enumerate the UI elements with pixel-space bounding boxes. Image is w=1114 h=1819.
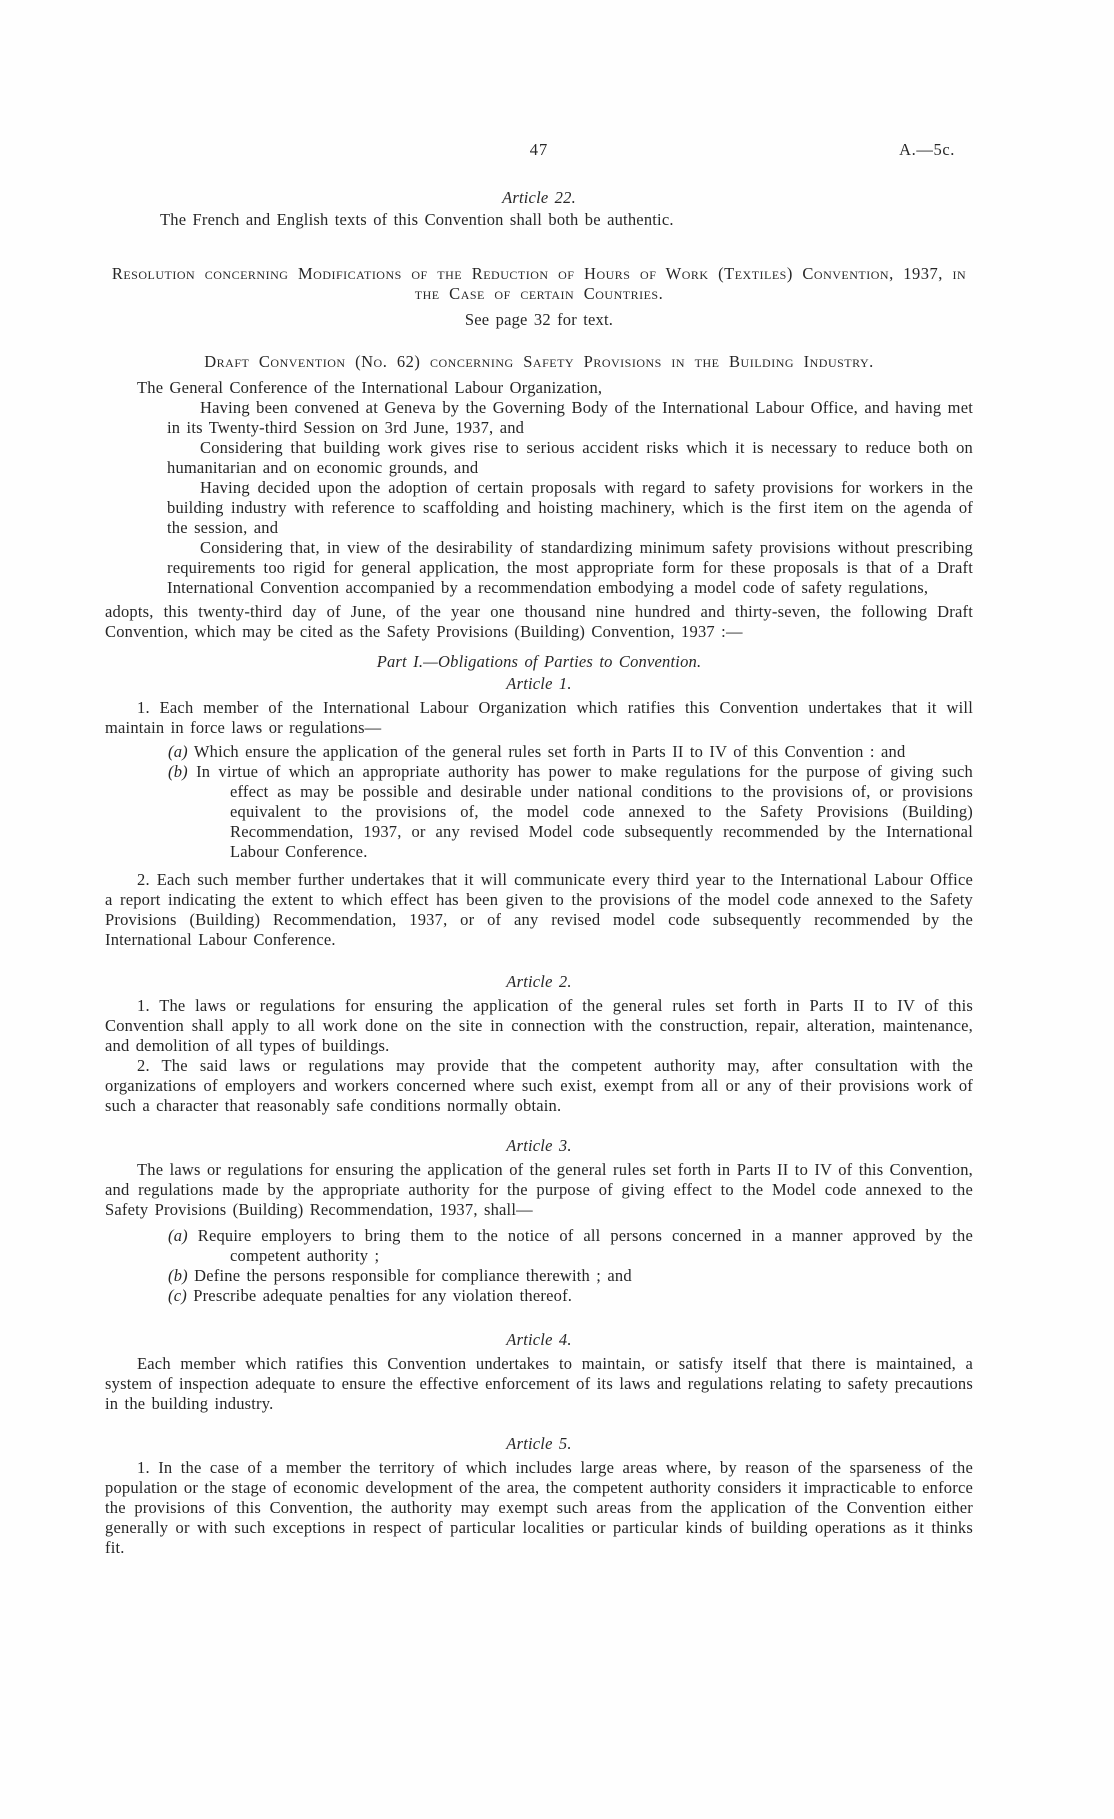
article-1-list: (a) Which ensure the application of the …	[105, 742, 973, 862]
article-2-heading: Article 2.	[105, 972, 973, 992]
article-3-heading: Article 3.	[105, 1136, 973, 1156]
preamble-clause: Considering that, in view of the desirab…	[167, 538, 973, 598]
list-item-b: (b) Define the persons responsible for c…	[230, 1266, 973, 1286]
list-item-text: Require employers to bring them to the n…	[198, 1226, 973, 1265]
list-item-label: (c)	[168, 1286, 187, 1305]
article-1-paragraph-1: 1. Each member of the International Labo…	[105, 698, 973, 738]
article-2-paragraph-1: 1. The laws or regulations for ensuring …	[105, 996, 973, 1056]
page-header: 47 A.—5c.	[105, 140, 973, 160]
part-1-heading: Part I.—Obligations of Parties to Conven…	[105, 652, 973, 672]
list-item-text: Define the persons responsible for compl…	[194, 1266, 632, 1285]
article-4-paragraph-1: Each member which ratifies this Conventi…	[105, 1354, 973, 1414]
preamble-clause: Considering that building work gives ris…	[167, 438, 973, 478]
article-22-heading: Article 22.	[105, 188, 973, 208]
list-item-c: (c) Prescribe adequate penalties for any…	[230, 1286, 973, 1306]
draft-convention-title: Draft Convention (No. 62) concerning Saf…	[105, 352, 973, 372]
article-4-heading: Article 4.	[105, 1330, 973, 1350]
article-3-paragraph-1: The laws or regulations for ensuring the…	[105, 1160, 973, 1220]
doc-code: A.—5c.	[899, 140, 955, 160]
article-1-heading: Article 1.	[105, 674, 973, 694]
article-5-paragraph-1: 1. In the case of a member the territory…	[105, 1458, 973, 1558]
list-item-b: (b) In virtue of which an appropriate au…	[230, 762, 973, 862]
article-3-list: (a) Require employers to bring them to t…	[105, 1226, 973, 1306]
list-item-label: (a)	[168, 1226, 188, 1245]
resolution-title: Resolution concerning Modifications of t…	[105, 264, 973, 304]
document-page: 47 A.—5c. Article 22. The French and Eng…	[0, 0, 1114, 1819]
list-item-text: In virtue of which an appropriate author…	[196, 762, 973, 861]
preamble-adoption: adopts, this twenty-third day of June, o…	[105, 602, 973, 642]
resolution-note: See page 32 for text.	[105, 310, 973, 330]
article-1-paragraph-2: 2. Each such member further undertakes t…	[105, 870, 973, 950]
article-5-heading: Article 5.	[105, 1434, 973, 1454]
article-2-paragraph-2: 2. The said laws or regulations may prov…	[105, 1056, 973, 1116]
preamble-clause: Having been convened at Geneva by the Go…	[167, 398, 973, 438]
preamble-clause: Having decided upon the adoption of cert…	[167, 478, 973, 538]
page-number: 47	[105, 140, 973, 160]
list-item-text: Prescribe adequate penalties for any vio…	[193, 1286, 572, 1305]
list-item-label: (b)	[168, 762, 188, 781]
list-item-label: (a)	[168, 742, 188, 761]
list-item-a: (a) Require employers to bring them to t…	[230, 1226, 973, 1266]
list-item-text: Which ensure the application of the gene…	[194, 742, 906, 761]
list-item-a: (a) Which ensure the application of the …	[230, 742, 973, 762]
preamble-opening: The General Conference of the Internatio…	[105, 378, 973, 398]
article-22-body: The French and English texts of this Con…	[105, 210, 973, 230]
page-content: 47 A.—5c. Article 22. The French and Eng…	[105, 0, 973, 1558]
list-item-label: (b)	[168, 1266, 188, 1285]
